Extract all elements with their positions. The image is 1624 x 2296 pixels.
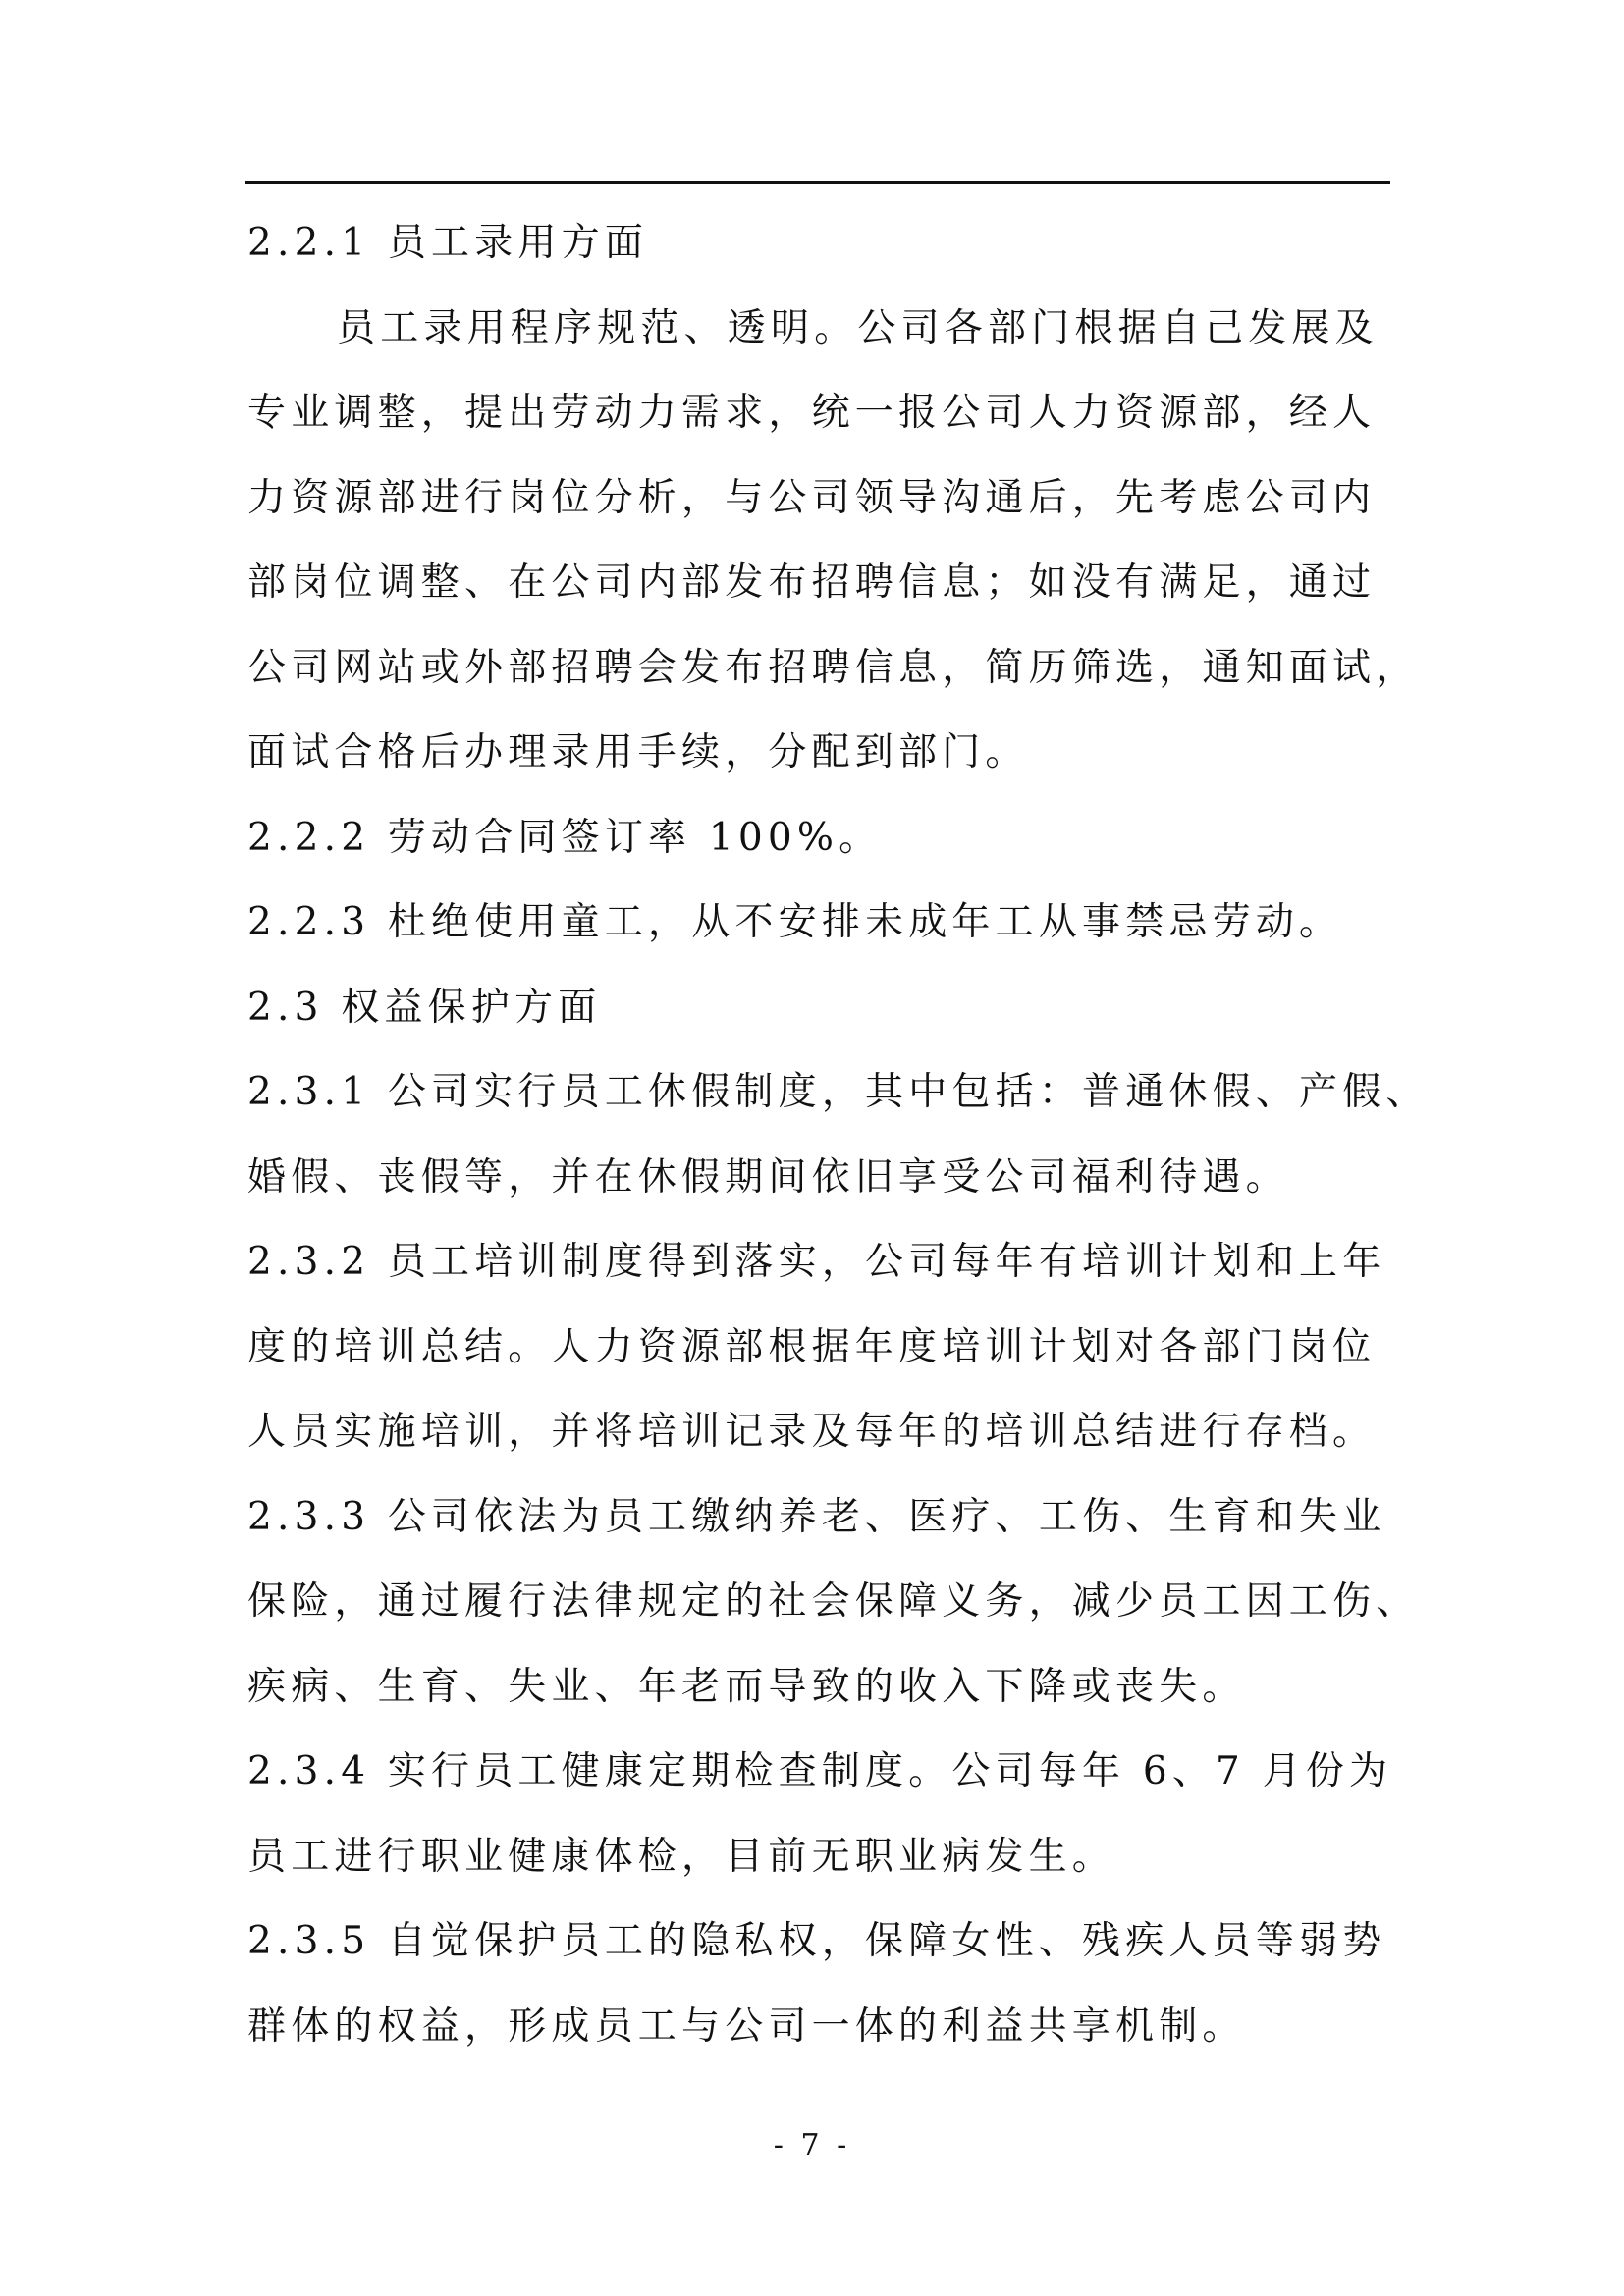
paragraph-line: 婚假、丧假等，并在休假期间依旧享受公司福利待遇。 <box>247 1136 1392 1221</box>
document-body: 2.2.1 员工录用方面 员工录用程序规范、透明。公司各部门根据自己发展及 专业… <box>247 201 1392 2069</box>
paragraph-line: 力资源部进行岗位分析，与公司领导沟通后，先考虑公司内 <box>247 456 1392 542</box>
page-number: - 7 - <box>0 2128 1624 2163</box>
paragraph-line: 部岗位调整、在公司内部发布招聘信息；如没有满足，通过 <box>247 541 1392 626</box>
item-2-2-2: 2.2.2 劳动合同签订率 100%。 <box>247 796 1392 881</box>
section-heading-2-2-1: 2.2.1 员工录用方面 <box>247 201 1392 287</box>
item-2-3-4: 2.3.4 实行员工健康定期检查制度。公司每年 6、7 月份为 <box>247 1730 1392 1815</box>
paragraph-line: 人员实施培训，并将培训记录及每年的培训总结进行存档。 <box>247 1390 1392 1475</box>
document-page: 2.2.1 员工录用方面 员工录用程序规范、透明。公司各部门根据自己发展及 专业… <box>0 0 1624 2296</box>
paragraph-line: 保险，通过履行法律规定的社会保障义务，减少员工因工伤、 <box>247 1560 1392 1645</box>
paragraph-line: 员工录用程序规范、透明。公司各部门根据自己发展及 <box>247 287 1392 372</box>
paragraph-line: 公司网站或外部招聘会发布招聘信息，简历筛选，通知面试， <box>247 626 1392 712</box>
item-2-3-3: 2.3.3 公司依法为员工缴纳养老、医疗、工伤、生育和失业 <box>247 1475 1392 1561</box>
paragraph-line: 度的培训总结。人力资源部根据年度培训计划对各部门岗位 <box>247 1306 1392 1391</box>
paragraph-line: 员工进行职业健康体检，目前无职业病发生。 <box>247 1815 1392 1900</box>
item-2-3-5: 2.3.5 自觉保护员工的隐私权，保障女性、残疾人员等弱势 <box>247 1899 1392 1985</box>
paragraph-line: 面试合格后办理录用手续，分配到部门。 <box>247 711 1392 796</box>
section-heading-2-3: 2.3 权益保护方面 <box>247 966 1392 1051</box>
item-2-3-1: 2.3.1 公司实行员工休假制度，其中包括：普通休假、产假、 <box>247 1050 1392 1136</box>
paragraph-line: 群体的权益，形成员工与公司一体的利益共享机制。 <box>247 1985 1392 2070</box>
paragraph-line: 疾病、生育、失业、年老而导致的收入下降或丧失。 <box>247 1645 1392 1731</box>
item-2-2-3: 2.2.3 杜绝使用童工，从不安排未成年工从事禁忌劳动。 <box>247 881 1392 966</box>
header-rule-divider <box>245 181 1390 184</box>
item-2-3-2: 2.3.2 员工培训制度得到落实，公司每年有培训计划和上年 <box>247 1220 1392 1306</box>
paragraph-line: 专业调整，提出劳动力需求，统一报公司人力资源部，经人 <box>247 371 1392 456</box>
